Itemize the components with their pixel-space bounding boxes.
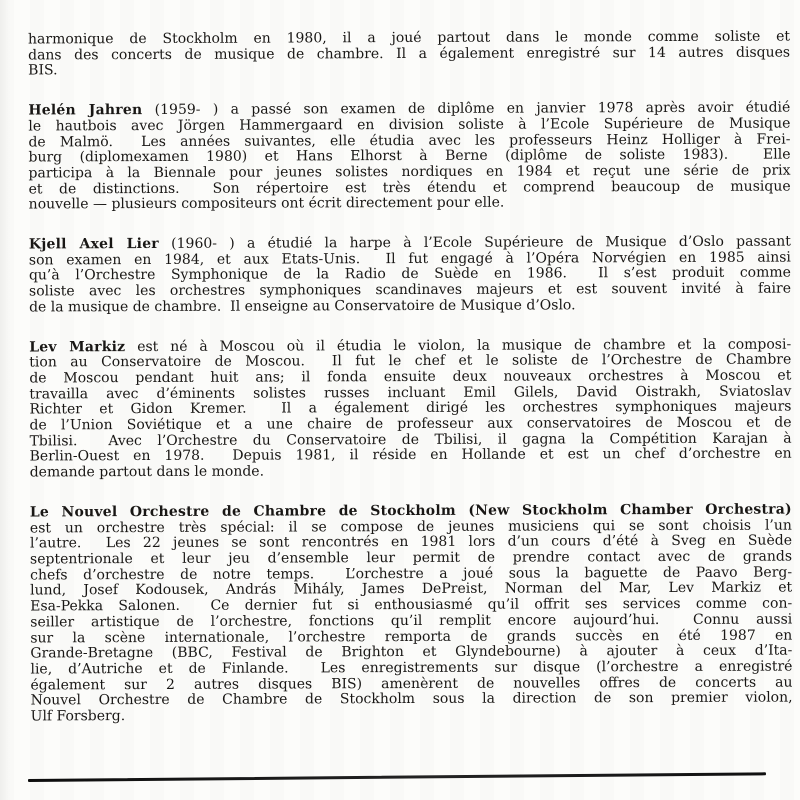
bold-name-text: Kjell Axel Lier (29, 236, 159, 252)
text-segment: demande partout dans le monde. (30, 464, 264, 481)
text-segment: BIS. (28, 63, 57, 79)
text-line: BIS. (28, 61, 790, 80)
bold-name-text: Lev Markiz (29, 339, 125, 355)
paragraph: Kjell Axel Lier (1960- ) a étudié la har… (29, 235, 791, 316)
text-line: Berlin-Ouest en 1978. Depuis 1981, il ré… (30, 447, 792, 466)
paragraph: Helén Jahren (1959- ) a passé son examen… (28, 101, 790, 214)
text-segment: de la musique de chambre. Il enseigne au… (29, 297, 576, 315)
paragraph: harmonique de Stockholm en 1980, il a jo… (28, 30, 790, 80)
text-segment: Nouvel Orchestre de Chambre de Stockholm… (31, 690, 793, 709)
text-segment: Ulf Forsberg. (31, 708, 126, 724)
paragraph: Lev Markiz est né à Moscou où il étudia … (29, 337, 792, 481)
text-segment: Berlin-Ouest en 1978. Depuis 1981, il ré… (30, 446, 792, 465)
text-segment: dans des concerts de musique de chambre.… (28, 44, 790, 63)
text-segment: nouvelle — plusieurs compositeurs ont éc… (29, 195, 505, 213)
text-segment: et de distinctions. Son répertoire est t… (29, 178, 791, 197)
text-line: nouvelle — plusieurs compositeurs ont éc… (29, 195, 791, 214)
text-segment: soliste avec les orchestres symphoniques… (29, 281, 791, 300)
booklet-text: harmonique de Stockholm en 1980, il a jo… (28, 30, 793, 750)
bold-name-text: Helén Jahren (28, 102, 142, 118)
text-line: Nouvel Orchestre de Chambre de Stockholm… (31, 691, 793, 710)
text-line: Ulf Forsberg. (31, 707, 793, 726)
footer-rule (28, 772, 766, 782)
page: { "page": { "kind": "scanned booklet pag… (0, 0, 800, 800)
paragraph: Le Nouvel Orchestre de Chambre de Stockh… (30, 502, 793, 725)
text-line: de la musique de chambre. Il enseigne au… (29, 297, 791, 316)
text-line: demande partout dans le monde. (30, 463, 792, 482)
